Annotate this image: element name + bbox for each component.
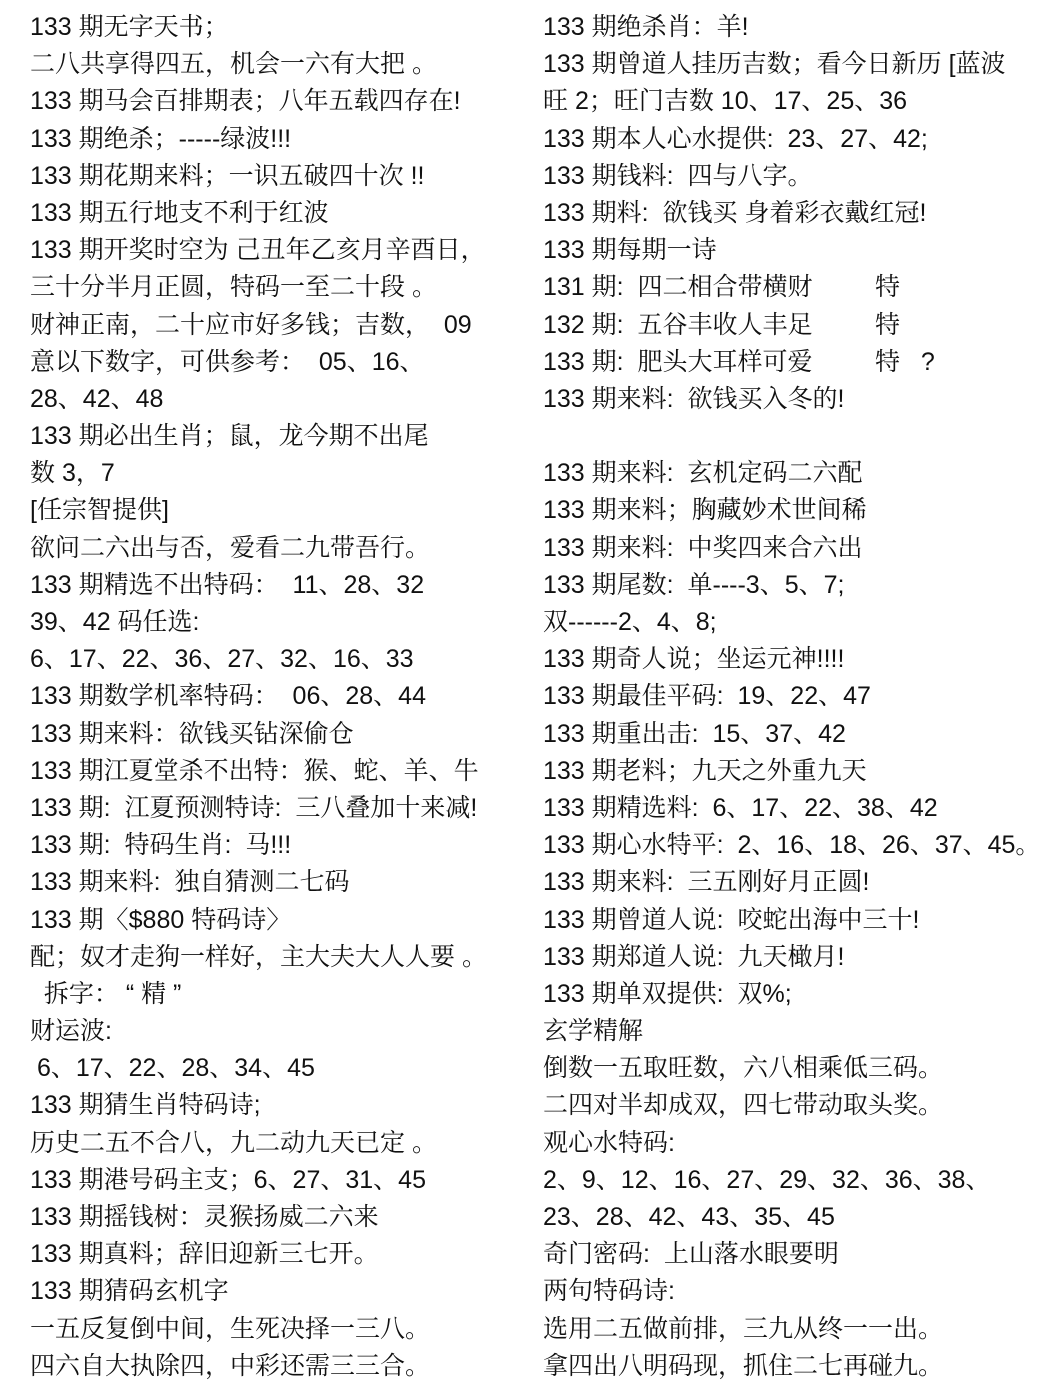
text-line: 133 期: 肥头大耳样可爱 特 ? xyxy=(543,344,1041,381)
text-line: 133 期无字天书； xyxy=(30,9,530,46)
text-line: 131 期: 四二相合带横财 特 xyxy=(543,269,1041,306)
text-line: 133 期花期来料；一识五破四十次 !! xyxy=(30,158,530,195)
text-line: 133 期猜码玄机字 xyxy=(30,1273,530,1310)
text-line: 133 期奇人说；坐运元神!!!! xyxy=(543,641,1041,678)
text-line: 133 期钱料: 四与八字。 xyxy=(543,158,1041,195)
text-line: 旺 2；旺门吉数 10、17、25、36 xyxy=(543,83,1041,120)
text-line: 133 期〈$880 特码诗〉 xyxy=(30,902,530,939)
text-line: 2、9、12、16、27、29、32、36、38、 xyxy=(543,1162,1041,1199)
text-line: 133 期曾道人挂历吉数；看今日新历 [蓝波 xyxy=(543,46,1041,83)
text-line: 133 期数学机率特码： 06、28、44 xyxy=(30,678,530,715)
text-line: 133 期五行地支不利于红波 xyxy=(30,195,530,232)
text-line: 132 期: 五谷丰收人丰足 特 xyxy=(543,307,1041,344)
text-line: 133 期绝杀；-----绿波!!! xyxy=(30,121,530,158)
text-line: 39、42 码任选: xyxy=(30,604,530,641)
text-line: 133 期曾道人说: 咬蛇出海中三十! xyxy=(543,902,1041,939)
text-line: 一五反复倒中间，生死决择一三八。 xyxy=(30,1311,530,1348)
text-line: 133 期最佳平码: 19、22、47 xyxy=(543,678,1041,715)
text-line: 四六自大执除四，中彩还需三三合。 xyxy=(30,1348,530,1385)
text-line: 133 期来料: 玄机定码二六配 xyxy=(543,455,1041,492)
text-line: 133 期马会百排期表；八年五载四存在! xyxy=(30,83,530,120)
text-line: 133 期必出生肖；鼠，龙今期不出尾 xyxy=(30,418,530,455)
text-line: 历史二五不合八，九二动九天已定 。 xyxy=(30,1125,530,1162)
text-line: 133 期来料：欲钱买钻深偷仓 xyxy=(30,716,530,753)
text-line: 133 期来料；胸藏妙术世间稀 xyxy=(543,492,1041,529)
text-line: 28、42、48 xyxy=(30,381,530,418)
text-line: 意以下数字，可供参考： 05、16、 xyxy=(30,344,530,381)
text-line: 133 期猜生肖特码诗; xyxy=(30,1087,530,1124)
text-line: 133 期精选不出特码： 11、28、32 xyxy=(30,567,530,604)
text-line: 133 期港号码主支；6、27、31、45 xyxy=(30,1162,530,1199)
text-line: 倒数一五取旺数，六八相乘低三码。 xyxy=(543,1050,1041,1087)
text-line: 观心水特码: xyxy=(543,1125,1041,1162)
text-line: 133 期本人心水提供: 23、27、42; xyxy=(543,121,1041,158)
text-line: 133 期精选料: 6、17、22、38、42 xyxy=(543,790,1041,827)
right-column: 133 期绝杀肖：羊!133 期曾道人挂历吉数；看今日新历 [蓝波旺 2；旺门吉… xyxy=(543,9,1041,1385)
text-line: 奇门密码: 上山落水眼要明 xyxy=(543,1236,1041,1273)
left-column: 133 期无字天书；二八共享得四五，机会一六有大把 。133 期马会百排期表；八… xyxy=(30,9,530,1385)
text-line: 二四对半却成双，四七带动取头奖。 xyxy=(543,1087,1041,1124)
text-line: 133 期单双提供: 双%; xyxy=(543,976,1041,1013)
text-line: 133 期江夏堂杀不出特：猴、蛇、羊、牛 xyxy=(30,753,530,790)
text-line: 三十分半月正圆，特码一至二十段 。 xyxy=(30,269,530,306)
text-line: 133 期来料: 中奖四来合六出 xyxy=(543,530,1041,567)
text-line: 133 期绝杀肖：羊! xyxy=(543,9,1041,46)
text-line: 133 期开奖时空为 己丑年乙亥月辛酉日， xyxy=(30,232,530,269)
text-line: 133 期摇钱树：灵猴扬威二六来 xyxy=(30,1199,530,1236)
text-line: 选用二五做前排，三九从终一一出。 xyxy=(543,1311,1041,1348)
text-line: 133 期心水特平: 2、16、18、26、37、45。 xyxy=(543,827,1041,864)
text-line: 二八共享得四五，机会一六有大把 。 xyxy=(30,46,530,83)
text-line: 133 期来料: 欲钱买入冬的! xyxy=(543,381,1041,418)
text-line: 133 期真料；辞旧迎新三七开。 xyxy=(30,1236,530,1273)
text-line xyxy=(543,418,1041,455)
text-line: 133 期每期一诗 xyxy=(543,232,1041,269)
text-line: 133 期重出击: 15、37、42 xyxy=(543,716,1041,753)
document-page: 133 期无字天书；二八共享得四五，机会一六有大把 。133 期马会百排期表；八… xyxy=(0,0,1041,1388)
text-line: 配；奴才走狗一样好，主大夫大人人要 。 xyxy=(30,939,530,976)
text-line: 财神正南，二十应市好多钱；吉数， 09 xyxy=(30,307,530,344)
text-line: 拿四出八明码现，抓住二七再碰九。 xyxy=(543,1348,1041,1385)
text-line: 23、28、42、43、35、45 xyxy=(543,1199,1041,1236)
text-line: 欲问二六出与否，爱看二九带吾行。 xyxy=(30,530,530,567)
text-line: 133 期料: 欲钱买 身着彩衣戴红冠! xyxy=(543,195,1041,232)
text-line: 133 期来料: 三五刚好月正圆! xyxy=(543,864,1041,901)
text-line: 两句特码诗: xyxy=(543,1273,1041,1310)
text-line: 133 期老料；九天之外重九天 xyxy=(543,753,1041,790)
text-line: [任宗智提供] xyxy=(30,492,530,529)
text-line: 133 期尾数: 单----3、5、7; xyxy=(543,567,1041,604)
text-line: 玄学精解 xyxy=(543,1013,1041,1050)
text-line: 133 期: 特码生肖: 马!!! xyxy=(30,827,530,864)
text-line: 财运波: xyxy=(30,1013,530,1050)
text-line: 6、17、22、28、34、45 xyxy=(30,1050,530,1087)
text-line: 133 期: 江夏预测特诗: 三八叠加十来减! xyxy=(30,790,530,827)
text-line: 拆字： “ 精 ” xyxy=(30,976,530,1013)
text-line: 数 3，7 xyxy=(30,455,530,492)
text-line: 133 期来料: 独自猜测二七码 xyxy=(30,864,530,901)
text-line: 133 期郑道人说: 九天橄月! xyxy=(543,939,1041,976)
text-line: 双------2、4、8; xyxy=(543,604,1041,641)
text-line: 6、17、22、36、27、32、16、33 xyxy=(30,641,530,678)
